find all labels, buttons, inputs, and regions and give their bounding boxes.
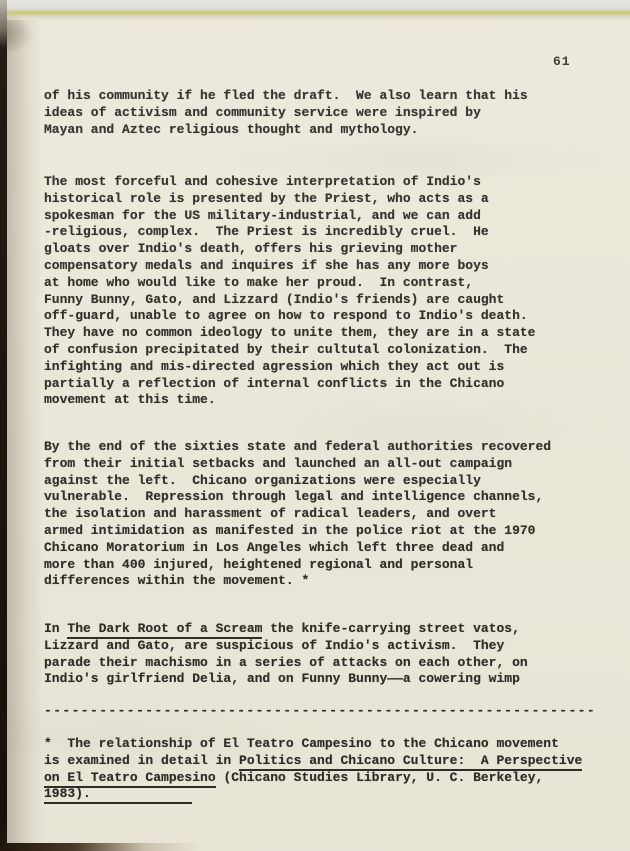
- text-segment: They have no common ideology to unite th…: [44, 325, 535, 340]
- text-line: of his community if he fled the draft. W…: [44, 88, 616, 105]
- text-segment: historical role is presented by the Prie…: [44, 191, 489, 206]
- text-line: Indio's girlfriend Delia, and on Funny B…: [44, 671, 616, 688]
- text-segment: ideas of activism and community service …: [44, 105, 481, 120]
- text-segment: infighting and mis-directed agression wh…: [44, 359, 504, 374]
- text-line: movement at this time.: [44, 392, 616, 409]
- text-line: on El Teatro Campesino (Chicano Studies …: [44, 770, 616, 787]
- text-line: Lizzard and Gato, are suspicious of Indi…: [44, 638, 616, 655]
- text-segment: at home who would like to make her proud…: [44, 275, 473, 290]
- text-line: parade their machismo in a series of att…: [44, 655, 616, 672]
- text-line: armed intimidation as manifested in the …: [44, 523, 616, 540]
- underlined-text: 1983).: [44, 786, 91, 804]
- paragraph-sixties-repression: By the end of the sixties state and fede…: [44, 439, 616, 590]
- text-line: Funny Bunny, Gato, and Lizzard (Indio's …: [44, 292, 616, 309]
- underlined-text: on El Teatro Campesino: [44, 770, 216, 788]
- text-line: differences within the movement. *: [44, 573, 616, 590]
- text-segment: more than 400 injured, heightened region…: [44, 557, 473, 572]
- page-gutter-shadow: [7, 20, 43, 845]
- paragraph-draft-mythology: of his community if he fled the draft. W…: [44, 88, 616, 138]
- text-line: ideas of activism and community service …: [44, 105, 616, 122]
- paragraph-priest-interpretation: The most forceful and cohesive interpret…: [44, 174, 616, 409]
- underlined-text: The Dark Root of a Scream: [67, 621, 262, 639]
- text-segment: gloats over Indio's death, offers his gr…: [44, 241, 457, 256]
- text-line: the isolation and harassment of radical …: [44, 506, 616, 523]
- text-line: historical role is presented by the Prie…: [44, 191, 616, 208]
- text-segment: of his community if he fled the draft. W…: [44, 88, 528, 103]
- text-line: vulnerable. Repression through legal and…: [44, 489, 616, 506]
- text-segment: (Chicano Studies Library, U. C. Berkeley…: [216, 770, 544, 785]
- text-segment: In: [44, 621, 67, 636]
- page-number: 61: [553, 54, 571, 69]
- text-line: compensatory medals and inquires if she …: [44, 258, 616, 275]
- text-segment: armed intimidation as manifested in the …: [44, 523, 535, 538]
- text-line: They have no common ideology to unite th…: [44, 325, 616, 342]
- text-segment: * The relationship of El Teatro Campesin…: [44, 736, 559, 751]
- text-segment: The most forceful and cohesive interpret…: [44, 174, 481, 189]
- text-line: partially a reflection of internal confl…: [44, 376, 616, 393]
- text-line: Chicano Moratorium in Los Angeles which …: [44, 540, 616, 557]
- scan-edge-bottom-left: [0, 843, 250, 851]
- text-segment: -religious, complex. The Priest is incre…: [44, 224, 489, 239]
- text-segment: spokesman for the US military-industrial…: [44, 208, 481, 223]
- text-line: By the end of the sixties state and fede…: [44, 439, 616, 456]
- text-segment: from their initial setbacks and launched…: [44, 456, 512, 471]
- text-segment: Funny Bunny, Gato, and Lizzard (Indio's …: [44, 292, 504, 307]
- text-line: at home who would like to make her proud…: [44, 275, 616, 292]
- text-segment: the isolation and harassment of radical …: [44, 506, 496, 521]
- text-segment: differences within the movement. *: [44, 573, 309, 588]
- text-segment: movement at this time.: [44, 392, 216, 407]
- text-line: spokesman for the US military-industrial…: [44, 208, 616, 225]
- footnote-separator-dashes: ----------------------------------------…: [44, 703, 624, 720]
- text-line: In The Dark Root of a Scream the knife-c…: [44, 621, 616, 638]
- text-line: of confusion precipitated by their cultu…: [44, 342, 616, 359]
- text-line: against the left. Chicano organizations …: [44, 473, 616, 490]
- text-segment: Indio's girlfriend Delia, and on Funny B…: [44, 671, 520, 686]
- underlined-text: [91, 786, 192, 804]
- paragraph-dark-root-scream: In The Dark Root of a Scream the knife-c…: [44, 621, 616, 688]
- text-line: 1983).: [44, 786, 616, 803]
- text-line: The most forceful and cohesive interpret…: [44, 174, 616, 191]
- text-line: more than 400 injured, heightened region…: [44, 557, 616, 574]
- text-segment: Chicano Moratorium in Los Angeles which …: [44, 540, 504, 555]
- text-segment: Lizzard and Gato, are suspicious of Indi…: [44, 638, 504, 653]
- text-line: -religious, complex. The Priest is incre…: [44, 224, 616, 241]
- text-segment: parade their machismo in a series of att…: [44, 655, 528, 670]
- text-line: * The relationship of El Teatro Campesin…: [44, 736, 616, 753]
- text-segment: By the end of the sixties state and fede…: [44, 439, 551, 454]
- text-segment: off-guard, unable to agree on how to res…: [44, 308, 528, 323]
- text-segment: against the left. Chicano organizations …: [44, 473, 481, 488]
- footnote-citation: * The relationship of El Teatro Campesin…: [44, 736, 616, 803]
- text-segment: compensatory medals and inquires if she …: [44, 258, 489, 273]
- text-segment: partially a reflection of internal confl…: [44, 376, 504, 391]
- text-segment: vulnerable. Repression through legal and…: [44, 489, 543, 504]
- text-line: gloats over Indio's death, offers his gr…: [44, 241, 616, 258]
- text-line: off-guard, unable to agree on how to res…: [44, 308, 616, 325]
- scan-edge-left-black-strip: [0, 0, 7, 851]
- underlined-text: Politics and Chicano Culture: A Perspect…: [239, 753, 582, 771]
- text-segment: the knife-carrying street vatos,: [262, 621, 519, 636]
- text-line: Mayan and Aztec religious thought and my…: [44, 122, 616, 139]
- scanned-document-page: 61 of his community if he fled the draft…: [0, 0, 630, 851]
- text-segment: is examined in detail in: [44, 753, 239, 768]
- text-segment: Mayan and Aztec religious thought and my…: [44, 122, 418, 137]
- scan-edge-top: [0, 0, 630, 21]
- text-line: infighting and mis-directed agression wh…: [44, 359, 616, 376]
- text-line: is examined in detail in Politics and Ch…: [44, 753, 616, 770]
- text-line: from their initial setbacks and launched…: [44, 456, 616, 473]
- text-segment: of confusion precipitated by their cultu…: [44, 342, 528, 357]
